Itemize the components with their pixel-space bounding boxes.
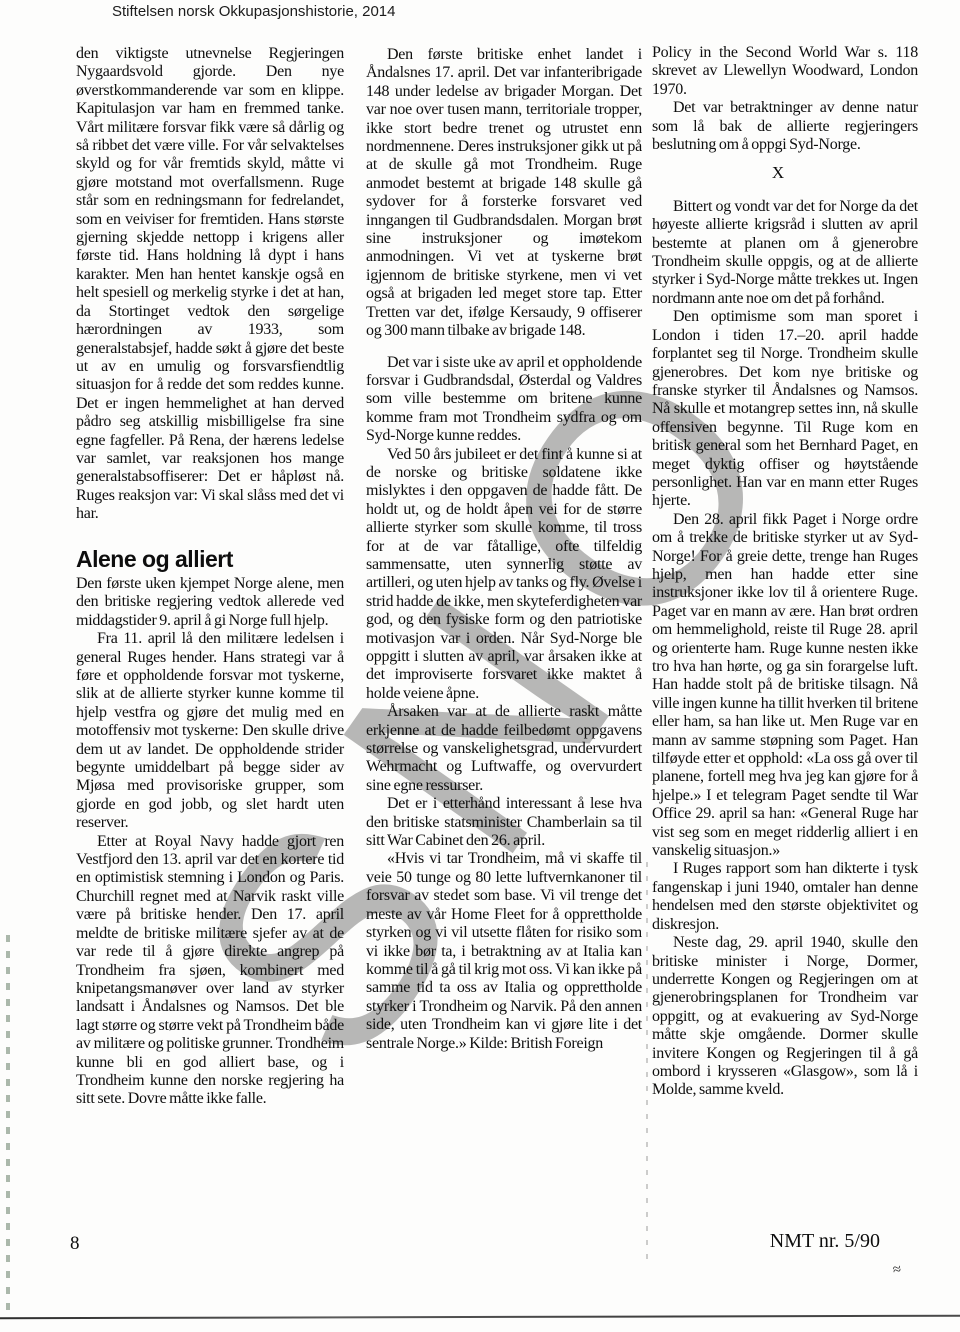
paragraph: Den første uken kjempet Norge alene, men… bbox=[76, 575, 344, 630]
journal-issue-footer: NMT nr. 5/90 bbox=[652, 1230, 880, 1253]
paragraph: Fra 11. april lå den militære ledelsen i… bbox=[76, 630, 344, 832]
section-separator: X bbox=[652, 164, 918, 182]
bottom-rule bbox=[0, 1315, 960, 1320]
paragraph: den viktigste utnevnelse Regjeringen Nyg… bbox=[76, 45, 344, 524]
paragraph: Det var i siste uke av april et oppholde… bbox=[366, 354, 642, 446]
column-3: Policy in the Second World War s. 118 sk… bbox=[652, 44, 918, 1100]
paragraph: Den første britiske enhet landet i Åndal… bbox=[366, 46, 642, 341]
column-1-body: Den første uken kjempet Norge alene, men… bbox=[76, 575, 344, 1109]
left-edge-binding-marks bbox=[6, 935, 10, 1317]
paragraph: Det var betraktninger av denne natur som… bbox=[652, 99, 918, 154]
paragraph: Etter at Royal Navy hadde gjort ren Vest… bbox=[76, 833, 344, 1109]
column-2-body: Den første britiske enhet landet i Åndal… bbox=[366, 46, 642, 1053]
paragraph: Bittert og vondt var det for Norge da de… bbox=[652, 198, 918, 308]
paragraph: Neste dag, 29. april 1940, skulle den br… bbox=[652, 934, 918, 1100]
section-heading: Alene og alliert bbox=[76, 550, 344, 568]
scan-fold-marks bbox=[646, 862, 648, 1267]
page-number: 8 bbox=[70, 1233, 80, 1255]
column-3-body: Bittert og vondt var det for Norge da de… bbox=[652, 198, 918, 1100]
paragraph: «Hvis vi tar Trondheim, må vi skaffe til… bbox=[366, 850, 642, 1052]
scanned-document-page: SNO Stiftelsen norsk Okkupasjonshistorie… bbox=[0, 0, 960, 1332]
paragraph: Ved 50 års jubileet er det fint å kunne … bbox=[366, 446, 642, 704]
paragraph: Den optimisme som man sporet i London i … bbox=[652, 308, 918, 510]
page-header: Stiftelsen norsk Okkupasjonshistorie, 20… bbox=[112, 3, 354, 20]
scan-artifact-mark: ≈ bbox=[892, 1262, 903, 1280]
column-1-intro: den viktigste utnevnelse Regjeringen Nyg… bbox=[76, 45, 344, 524]
paragraph: Årsaken var at de allierte raskt måtte e… bbox=[366, 703, 642, 795]
paragraph: Policy in the Second World War s. 118 sk… bbox=[652, 44, 918, 99]
paragraph: Den 28. april fikk Paget i Norge ordre o… bbox=[652, 511, 918, 861]
column-3-top: Policy in the Second World War s. 118 sk… bbox=[652, 44, 918, 154]
column-2: Den første britiske enhet landet i Åndal… bbox=[366, 46, 642, 1053]
column-1: den viktigste utnevnelse Regjeringen Nyg… bbox=[76, 45, 344, 1109]
paragraph: I Ruges rapport som han dikterte i tysk … bbox=[652, 860, 918, 934]
paragraph: Det er i etterhånd interessant å lese hv… bbox=[366, 795, 642, 850]
